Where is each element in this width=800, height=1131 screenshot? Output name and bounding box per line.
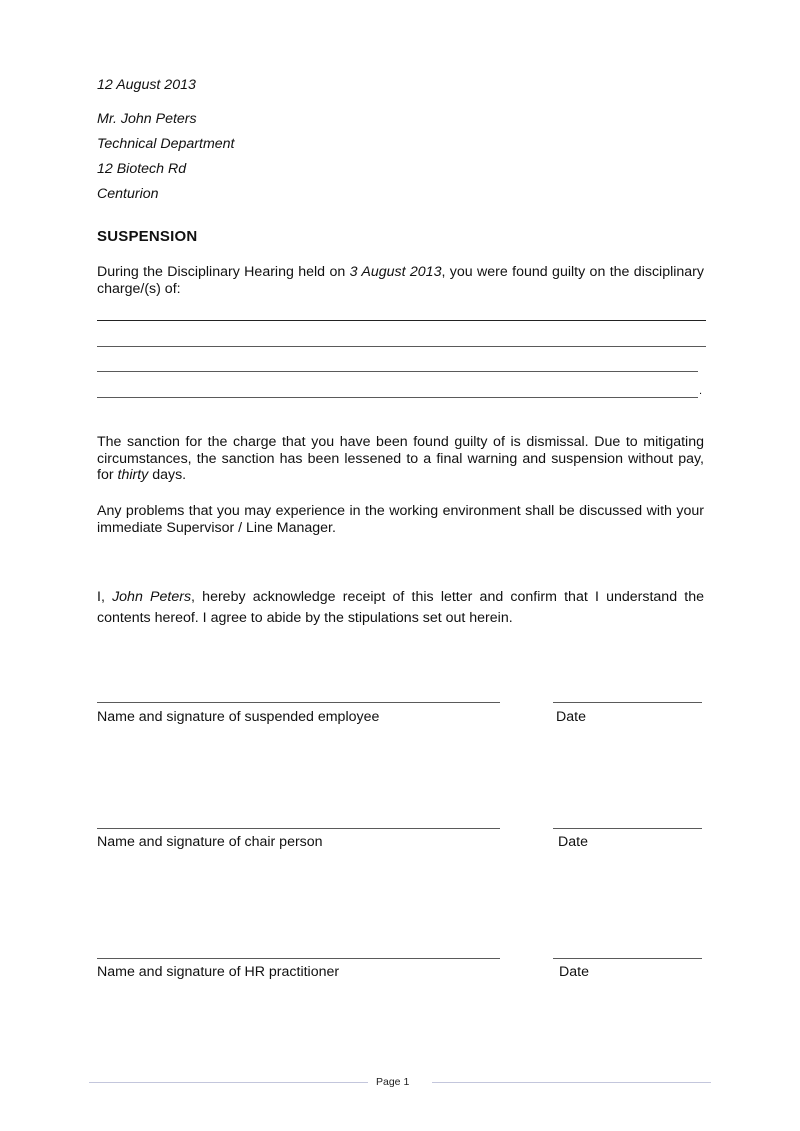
letter-date: 12 August 2013	[97, 77, 196, 93]
charge-line-3[interactable]	[97, 371, 698, 372]
document-title: SUSPENSION	[97, 228, 197, 245]
employee-signature-line[interactable]	[97, 702, 500, 703]
recipient-city: Centurion	[97, 186, 159, 202]
acknowledgement-paragraph: I, John Peters, hereby acknowledge recei…	[97, 587, 704, 629]
charge-line-4[interactable]	[97, 397, 698, 398]
charge-line-2[interactable]	[97, 346, 706, 347]
recipient-street: 12 Biotech Rd	[97, 161, 186, 177]
suspension-duration: thirty	[118, 467, 149, 483]
problems-paragraph: Any problems that you may experience in …	[97, 503, 704, 536]
sanction-paragraph-after: days.	[148, 467, 186, 483]
hearing-date: 3 August 2013	[350, 264, 442, 280]
acknowledgement-before: I,	[97, 589, 112, 605]
charge-line-1[interactable]	[97, 320, 706, 321]
recipient-department: Technical Department	[97, 136, 234, 152]
sanction-paragraph: The sanction for the charge that you hav…	[97, 434, 704, 484]
employee-date-label: Date	[556, 709, 586, 725]
hr-signature-label: Name and signature of HR practitioner	[97, 964, 339, 980]
sanction-paragraph-before: The sanction for the charge that you hav…	[97, 434, 704, 483]
employee-signature-label: Name and signature of suspended employee	[97, 709, 379, 725]
footer-rule-right	[432, 1082, 711, 1083]
employee-date-line[interactable]	[553, 702, 702, 703]
hr-date-label: Date	[559, 964, 589, 980]
recipient-name: Mr. John Peters	[97, 111, 197, 127]
acknowledgement-employee-name: John Peters	[112, 589, 191, 605]
charge-lines-period: .	[699, 385, 702, 397]
hr-date-line[interactable]	[553, 958, 702, 959]
page-number: Page 1	[376, 1076, 409, 1088]
chairperson-date-label: Date	[558, 834, 588, 850]
footer-rule-left	[89, 1082, 368, 1083]
hearing-paragraph-before: During the Disciplinary Hearing held on	[97, 264, 350, 280]
chairperson-signature-label: Name and signature of chair person	[97, 834, 323, 850]
hr-signature-line[interactable]	[97, 958, 500, 959]
chairperson-signature-line[interactable]	[97, 828, 500, 829]
chairperson-date-line[interactable]	[553, 828, 702, 829]
hearing-paragraph: During the Disciplinary Hearing held on …	[97, 264, 704, 297]
